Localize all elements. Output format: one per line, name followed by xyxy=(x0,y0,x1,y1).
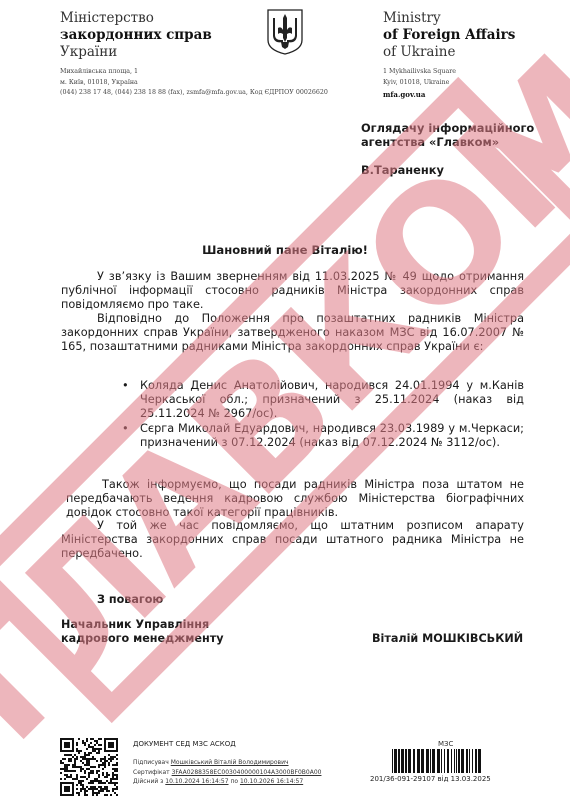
paragraph-request: У зв’язку із Вашим зверненням від 11.03.… xyxy=(61,270,524,312)
advisor-item: Сєрга Миколай Едуардович, народився 23.0… xyxy=(122,422,524,450)
ministry-website: mfa.gov.ua xyxy=(383,90,515,99)
valid-to: 10.10.2026 16:14:57 xyxy=(240,778,303,785)
trident-coat-of-arms-icon xyxy=(266,8,304,56)
letterhead-en: Ministry of Foreign Affairs of Ukraine 1… xyxy=(383,10,515,99)
barcode-icon xyxy=(392,749,482,773)
registration-number: 201/36-091-29107 від 13.03.2025 xyxy=(370,775,491,783)
e-signature-title: ДОКУМЕНТ СЕД МЗС АСКОД xyxy=(133,740,236,748)
signer-position-line1: Начальник Управління xyxy=(61,618,224,632)
letter-body-intro: У зв’язку із Вашим зверненням від 11.03.… xyxy=(61,270,524,353)
signer-label: Підписувач xyxy=(133,759,169,766)
address-ua-line1: Михайлівська площа, 1 xyxy=(60,67,328,78)
cert-value: 3FAA0288358EC0030400000104A3000BF0B0A00 xyxy=(172,769,322,776)
contacts-ua: (044) 238 17 48, (044) 238 18 88 (fax), … xyxy=(60,88,328,99)
addressee-line1: Оглядачу інформаційного xyxy=(361,121,534,135)
advisor-item: Коляда Денис Анатолійович, народився 24.… xyxy=(122,379,524,421)
ministry-en-line1: Ministry xyxy=(383,10,515,27)
address-ua-line2: м. Київ, 01018, Україна xyxy=(60,78,328,89)
addressee-block: Оглядачу інформаційного агентства «Главк… xyxy=(361,121,534,149)
address-en-line1: 1 Mykhailivska Square xyxy=(383,67,515,78)
signer-value: Мошківський Віталій Володимирович xyxy=(171,759,289,766)
valid-label: Дійсний з xyxy=(133,778,163,785)
greeting: Шановний пане Віталію! xyxy=(0,243,570,257)
ministry-en-line2: of Foreign Affairs xyxy=(383,27,515,44)
signer-position: Начальник Управління кадрового менеджмен… xyxy=(61,618,224,646)
advisors-list: Коляда Денис Анатолійович, народився 24.… xyxy=(122,379,524,451)
signer-name: Віталій МОШКІВСЬКИЙ xyxy=(372,632,523,645)
ministry-en-line3: of Ukraine xyxy=(383,44,515,61)
cert-label: Сертифікат xyxy=(133,769,170,776)
addressee-line2: агентства «Главком» xyxy=(361,135,534,149)
signer-position-line2: кадрового менеджменту xyxy=(61,632,224,646)
e-signature-details: Підписувач Мошківський Віталій Володимир… xyxy=(133,758,321,787)
valid-from: 10.10.2024 16:14:57 xyxy=(165,778,228,785)
paragraph-staff-positions-text: У той же час повідомляємо, що штатним ро… xyxy=(61,519,524,561)
paragraph-biographies: Також інформуємо, що посади радників Мін… xyxy=(66,478,524,520)
barcode-label: МЗС xyxy=(438,740,453,748)
paragraph-biographies-text: Також інформуємо, що посади радників Мін… xyxy=(66,478,524,520)
closing-regards: З повагою xyxy=(97,593,163,606)
valid-to-label: по xyxy=(230,778,238,785)
address-en-line2: Kyiv, 01018, Ukraine xyxy=(383,78,515,89)
paragraph-staff-positions: У той же час повідомляємо, що штатним ро… xyxy=(61,519,524,561)
paragraph-regulation: Відповідно до Положення про позаштатних … xyxy=(61,312,524,354)
qr-code-icon xyxy=(60,738,118,796)
addressee-name: В.Тараненку xyxy=(361,163,444,177)
